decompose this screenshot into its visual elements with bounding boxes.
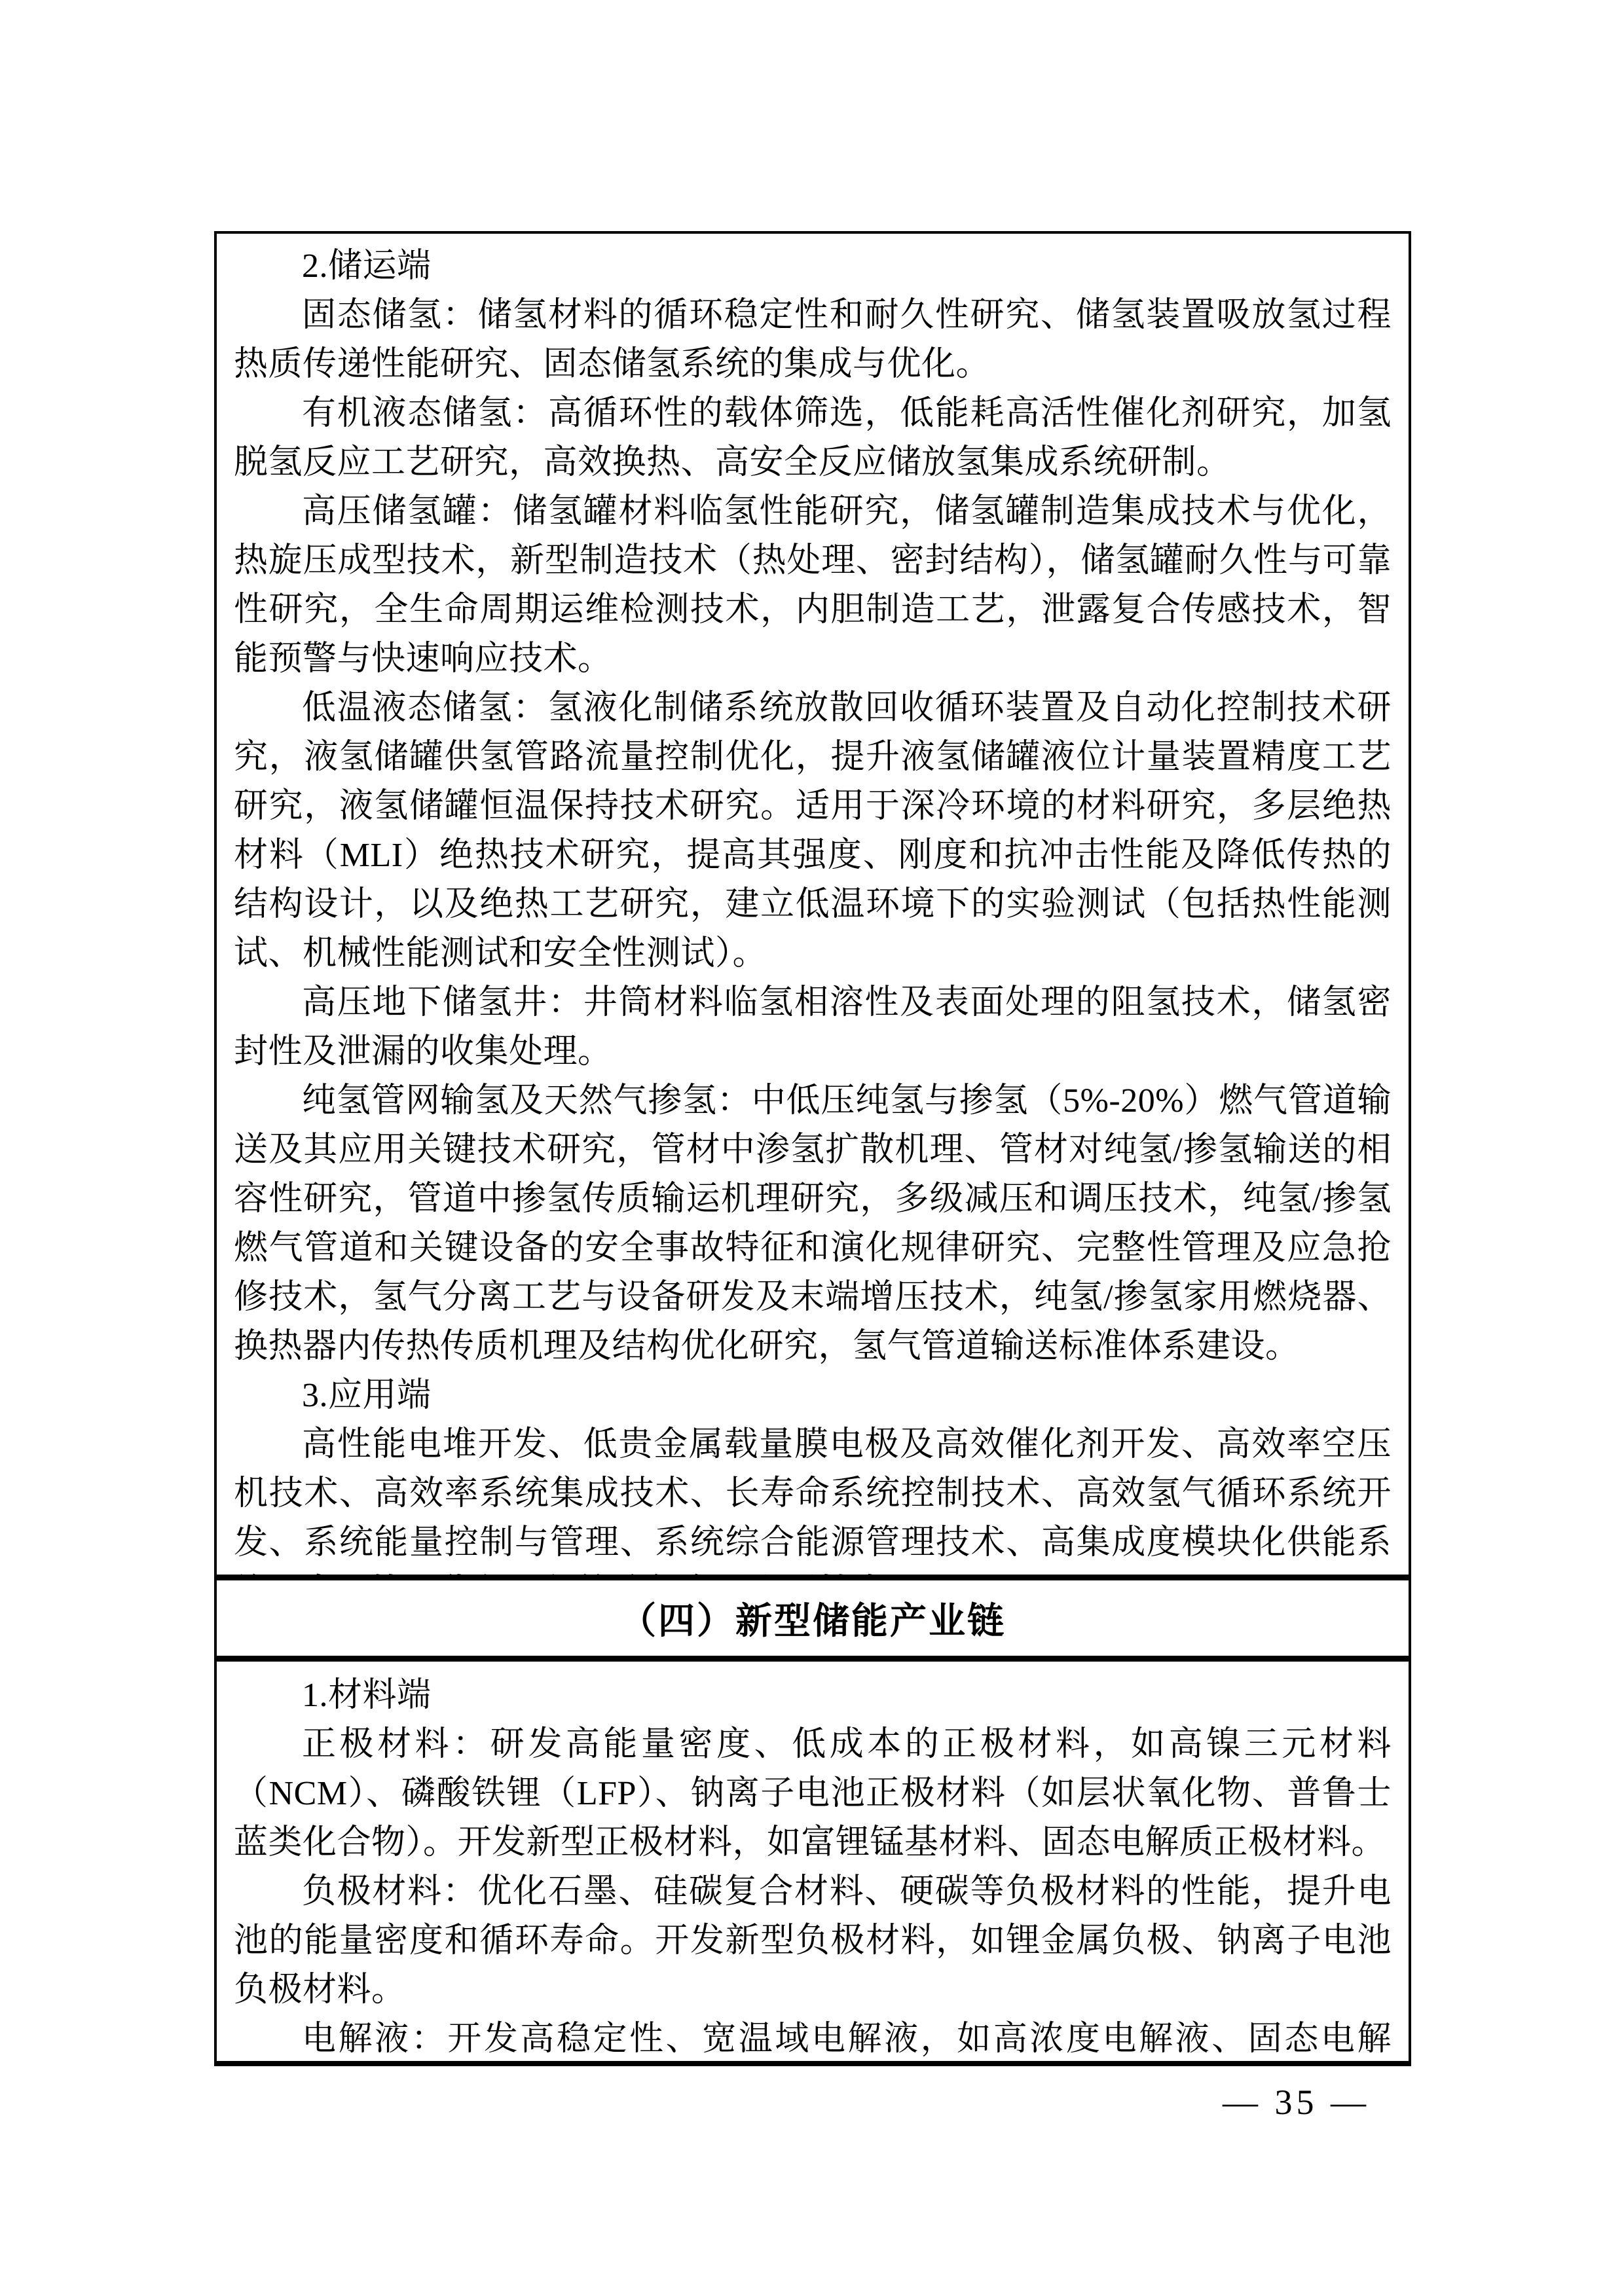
para-solid-hydrogen-storage: 固态储氢：储氢材料的循环稳定性和耐久性研究、储氢装置吸放氢过程热质传递性能研究、… — [234, 291, 1392, 389]
heading-storage-transport: 2.储运端 — [234, 242, 1392, 291]
heading-application: 3.应用端 — [234, 1371, 1392, 1420]
heading-materials: 1.材料端 — [234, 1671, 1392, 1720]
document-page: 2.储运端 固态储氢：储氢材料的循环稳定性和耐久性研究、储氢装置吸放氢过程热质传… — [0, 0, 1624, 2296]
para-high-pressure-hydrogen-tank: 高压储氢罐：储氢罐材料临氢性能研究，储氢罐制造集成技术与优化，热旋压成型技术，新… — [234, 487, 1392, 683]
section-title-new-energy-storage: （四）新型储能产业链 — [619, 1592, 1006, 1645]
para-electrolyte: 电解液：开发高稳定性、宽温域电解液，如高浓度电解液、固态电解质。优化钠离子电池电… — [234, 2014, 1392, 2061]
para-cathode-materials: 正极材料：研发高能量密度、低成本的正极材料，如高镍三元材料（NCM）、磷酸铁锂（… — [234, 1720, 1392, 1867]
hydrogen-storage-transport-section: 2.储运端 固态储氢：储氢材料的循环稳定性和耐久性研究、储氢装置吸放氢过程热质传… — [217, 234, 1409, 1580]
para-underground-hydrogen-well: 高压地下储氢井：井筒材料临氢相溶性及表面处理的阻氢技术，储氢密封性及泄漏的收集处… — [234, 978, 1392, 1076]
page-number: — 35 — — [1223, 2081, 1370, 2124]
para-cryogenic-liquid-hydrogen: 低温液态储氢：氢液化制储系统放散回收循环装置及自动化控制技术研究，液氢储罐供氢管… — [234, 683, 1392, 978]
para-hydrogen-pipeline-blending: 纯氢管网输氢及天然气掺氢：中低压纯氢与掺氢（5%-20%）燃气管道输送及其应用关… — [234, 1076, 1392, 1371]
new-energy-storage-section: 1.材料端 正极材料：研发高能量密度、低成本的正极材料，如高镍三元材料（NCM）… — [217, 1662, 1409, 2061]
para-anode-materials: 负极材料：优化石墨、硅碳复合材料、硬碳等负极材料的性能，提升电池的能量密度和循环… — [234, 1867, 1392, 2014]
content-table: 2.储运端 固态储氢：储氢材料的循环稳定性和耐久性研究、储氢装置吸放氢过程热质传… — [214, 231, 1411, 2066]
para-organic-liquid-hydrogen-storage: 有机液态储氢：高循环性的载体筛选，低能耗高活性催化剂研究，加氢脱氢反应工艺研究，… — [234, 389, 1392, 487]
section-header-row: （四）新型储能产业链 — [217, 1580, 1409, 1662]
para-application: 高性能电堆开发、低贵金属载量膜电极及高效催化剂开发、高效率空压机技术、高效率系统… — [234, 1420, 1392, 1580]
